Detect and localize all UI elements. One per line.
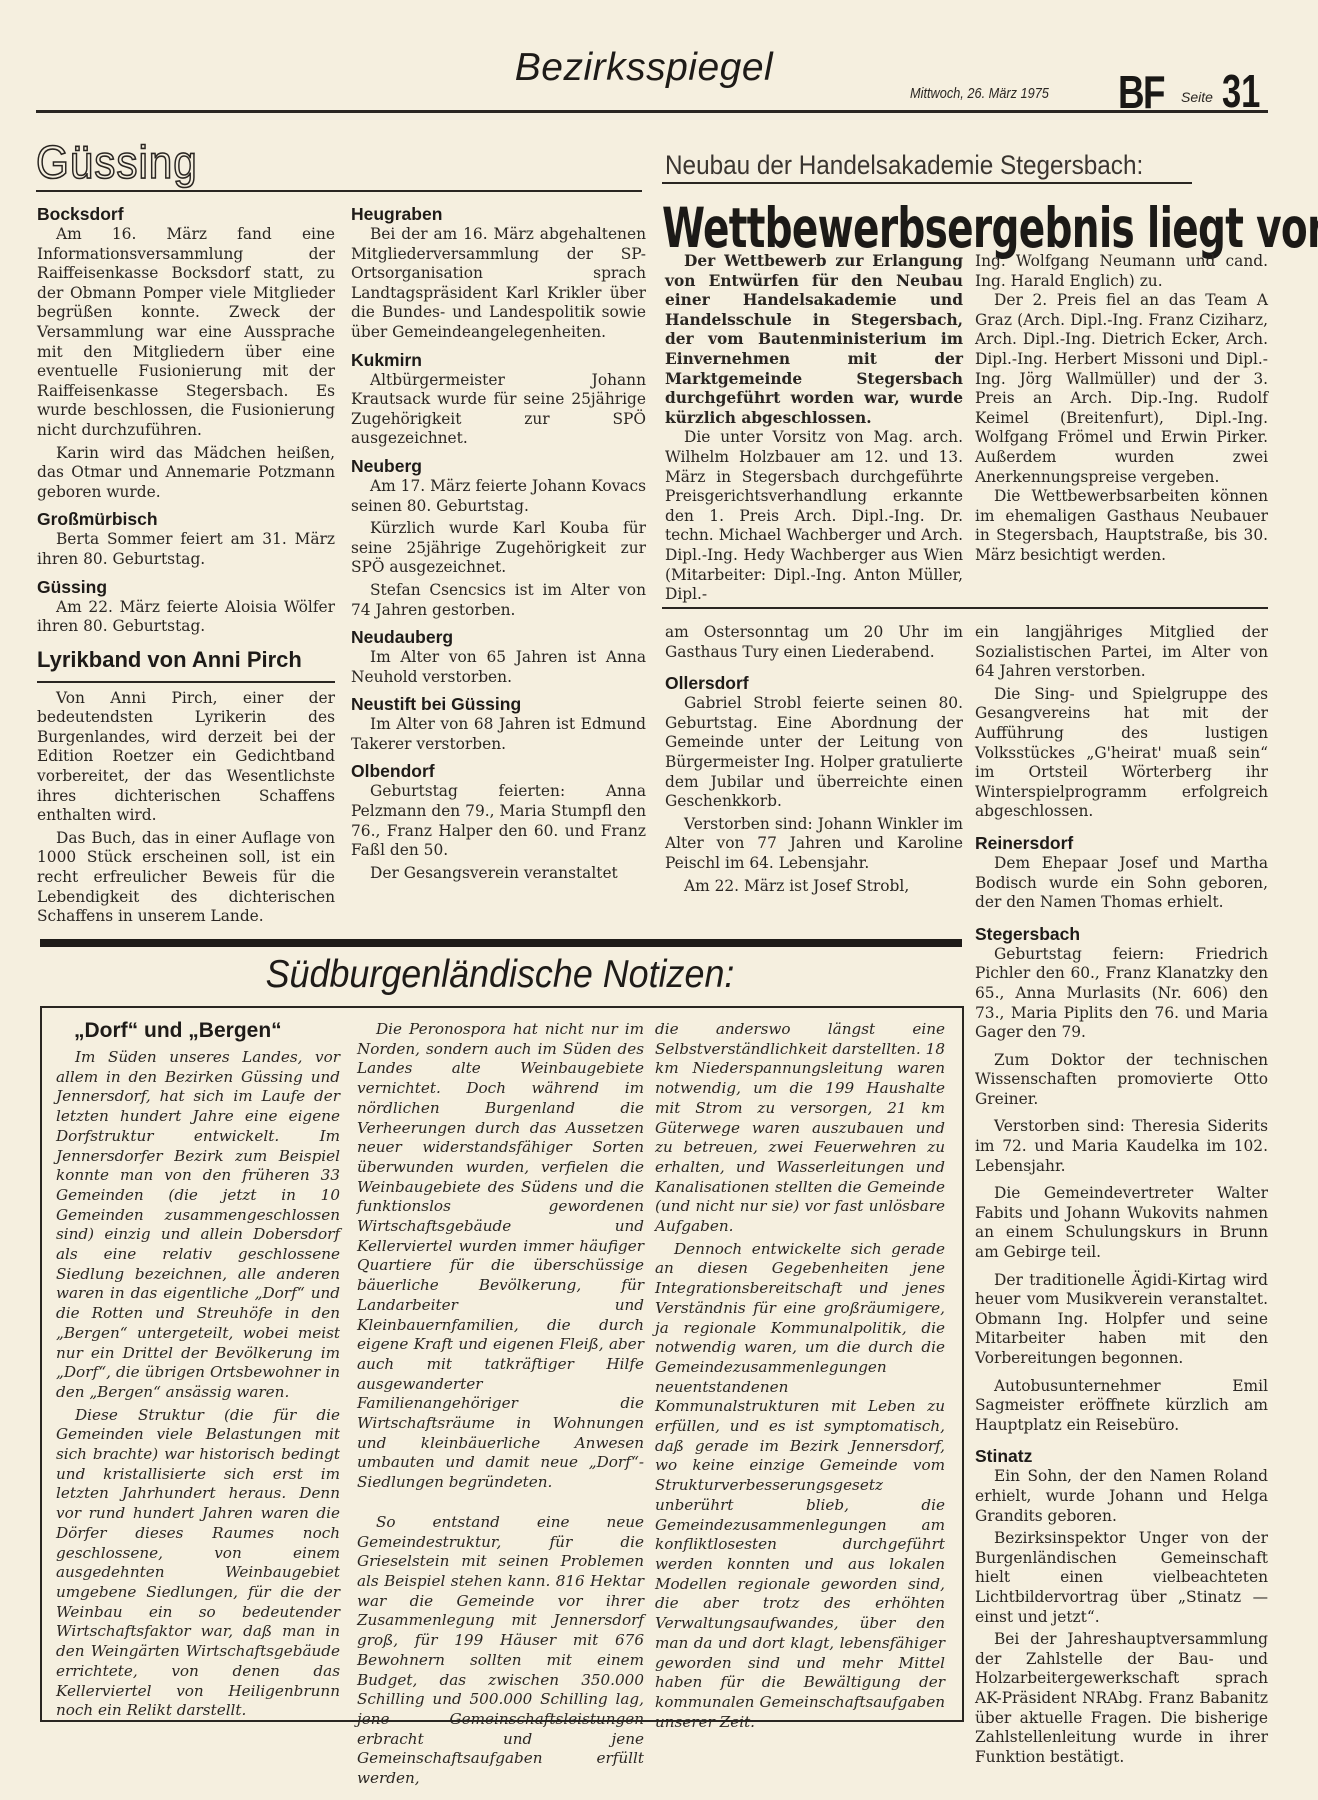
news-paragraph: am Ostersonntag um 20 Uhr im Gasthaus Tu… — [665, 623, 963, 662]
kicker-underline — [662, 182, 1192, 184]
news-paragraph: ein langjähriges Mitglied der Sozialisti… — [975, 623, 1268, 682]
locality-heading: Ollersdorf — [665, 672, 963, 694]
right-column: ein langjähriges Mitglied der Sozialisti… — [975, 623, 1268, 1767]
notizen-paragraph: Im Süden unseres Landes, vor allem in de… — [56, 1048, 340, 1403]
district-logo: Güssing — [36, 135, 198, 189]
locality-heading: Güssing — [37, 576, 335, 598]
locality-heading: Stinatz — [975, 1445, 1268, 1467]
left-column: Bocksdorf Am 16. März fand eine Informat… — [37, 203, 335, 927]
issue-date: Mittwoch, 26. März 1975 — [910, 85, 1049, 102]
news-paragraph: Am 16. März fand eine Informationsversam… — [37, 225, 335, 441]
locality-heading: Bocksdorf — [37, 203, 335, 225]
news-paragraph: Der Gesangsverein veranstaltet — [351, 864, 646, 884]
locality-heading: Neudauberg — [351, 626, 646, 648]
feature-paragraph: Ing. Wolfgang Neumann und cand. Ing. Har… — [975, 252, 1268, 291]
news-paragraph: Verstorben sind: Johann Winkler im Alter… — [665, 815, 963, 874]
article-paragraph: Von Anni Pirch, einer der bedeutendsten … — [37, 689, 335, 826]
news-paragraph: Am 17. März feierte Johann Kovacs seinen… — [351, 477, 646, 516]
notizen-paragraph: Dennoch entwickelte sich gerade an diese… — [655, 1240, 945, 1733]
news-paragraph: Ein Sohn, der den Namen Roland erhielt, … — [975, 1467, 1268, 1526]
news-paragraph: Im Alter von 65 Jahren ist Anna Neuhold … — [351, 648, 646, 687]
middle-column: Heugraben Bei der am 16. März abgehalten… — [351, 203, 646, 883]
notizen-column-1: „Dorf“ und „Bergen“ Im Süden unseres Lan… — [56, 1018, 340, 1721]
news-paragraph: Stefan Csencsics ist im Alter von 74 Jah… — [351, 581, 646, 620]
news-paragraph: Am 22. März feierte Aloisia Wölfer ihren… — [37, 598, 335, 637]
feature-column-1: Der Wettbewerb zur Erlangung von Entwürf… — [665, 252, 963, 605]
locality-heading: Olbendorf — [351, 760, 646, 782]
news-paragraph: Altbürgermeister Johann Krautsack wurde … — [351, 371, 646, 449]
feature-kicker: Neubau der Handelsakademie Stegersbach: — [665, 150, 1143, 181]
locality-heading: Heugraben — [351, 203, 646, 225]
continuation-column: am Ostersonntag um 20 Uhr im Gasthaus Tu… — [665, 623, 963, 896]
district-rule — [36, 190, 642, 192]
locality-heading: Neuberg — [351, 455, 646, 477]
feature-paragraph: Die Wettbewerbsarbeiten können im ehemal… — [975, 487, 1268, 565]
feature-column-2: Ing. Wolfgang Neumann und cand. Ing. Har… — [975, 252, 1268, 566]
news-paragraph: Berta Sommer feiert am 31. März ihren 80… — [37, 530, 335, 569]
page-label: Seite — [1181, 89, 1213, 105]
feature-lead: Der Wettbewerb zur Erlangung von Entwürf… — [665, 252, 963, 428]
locality-heading: Reinersdorf — [975, 832, 1268, 854]
masthead-rule — [36, 110, 1268, 113]
notizen-paragraph: Diese Struktur (die für die Gemeinden vi… — [56, 1406, 340, 1721]
news-paragraph: Geburtstag feierten: Anna Pelzmann den 7… — [351, 782, 646, 860]
notizen-paragraph: die anderswo längst eine Selbstverständl… — [655, 1020, 945, 1237]
notizen-paragraph: So entstand eine neue Gemeindestruktur, … — [357, 1513, 644, 1789]
news-paragraph: Verstorben sind: Theresia Siderits im 72… — [975, 1117, 1268, 1176]
notizen-title: Südburgenländische Notizen: — [40, 953, 960, 997]
news-paragraph: Am 22. März ist Josef Strobl, — [665, 877, 963, 897]
notizen-column-2: Die Peronospora hat nicht nur im Norden,… — [357, 1020, 644, 1789]
notizen-column-3: die anderswo längst eine Selbstverständl… — [655, 1020, 945, 1732]
news-paragraph: Bei der Jahreshauptversammlung der Zahls… — [975, 1630, 1268, 1767]
news-paragraph: Kürzlich wurde Karl Kouba für seine 25jä… — [351, 519, 646, 578]
locality-heading: Kukmirn — [351, 349, 646, 371]
feature-bottom-rule — [662, 607, 1268, 609]
locality-heading: Großmürbisch — [37, 508, 335, 530]
news-paragraph: Im Alter von 68 Jahren ist Edmund Takere… — [351, 715, 646, 754]
news-paragraph: Die Gemeindevertreter Walter Fabits und … — [975, 1184, 1268, 1262]
news-paragraph: Dem Ehepaar Josef und Martha Bodisch wur… — [975, 854, 1268, 913]
news-paragraph: Bezirksinspektor Unger von der Burgenlän… — [975, 1529, 1268, 1627]
notizen-headline: „Dorf“ und „Bergen“ — [74, 1018, 340, 1044]
news-paragraph: Der traditionelle Ägidi-Kirtag wird heue… — [975, 1271, 1268, 1369]
notizen-top-bar — [40, 939, 962, 947]
news-paragraph: Autobusunternehmer Emil Sagmeister eröff… — [975, 1377, 1268, 1436]
news-paragraph: Zum Doktor der technischen Wissenschafte… — [975, 1051, 1268, 1110]
notizen-paragraph: Die Peronospora hat nicht nur im Norden,… — [357, 1020, 644, 1493]
news-paragraph: Gabriel Strobl feierte seinen 80. Geburt… — [665, 694, 963, 812]
news-paragraph: Karin wird das Mädchen heißen, das Otmar… — [37, 444, 335, 503]
news-paragraph: Bei der am 16. März abgehaltenen Mitglie… — [351, 225, 646, 343]
news-paragraph: Geburtstag feiern: Friedrich Pichler den… — [975, 945, 1268, 1043]
locality-heading: Stegersbach — [975, 923, 1268, 945]
feature-paragraph: Der 2. Preis fiel an das Team A Graz (Ar… — [975, 291, 1268, 487]
article-paragraph: Das Buch, das in einer Auflage von 1000 … — [37, 829, 335, 927]
article-headline: Lyrikband von Anni Pirch — [37, 647, 335, 683]
locality-heading: Neustift bei Güssing — [351, 693, 646, 715]
news-paragraph: Die Sing- und Spielgruppe des Gesangvere… — [975, 685, 1268, 822]
feature-paragraph: Die unter Vorsitz von Mag. arch. Wilhelm… — [665, 428, 963, 604]
feature-headline: Wettbewerbsergebnis liegt vor — [662, 196, 1318, 260]
